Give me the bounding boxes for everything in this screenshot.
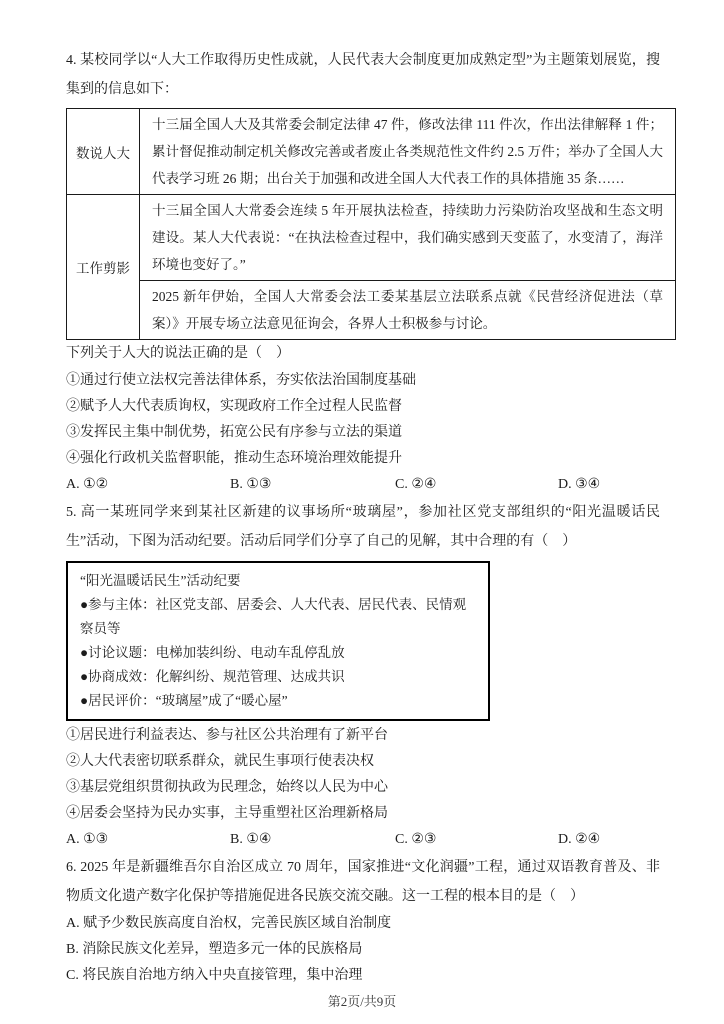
exam-paper-page: 4. 某校同学以“人大工作取得历史性成就，人民代表大会制度更加成熟定型”为主题策… <box>0 0 724 1024</box>
q6-option-b: B. 消除民族文化差异，塑造多元一体的民族格局 <box>66 937 660 963</box>
q5-option-4: ④居委会坚持为民办实事，主导重塑社区治理新格局 <box>66 801 660 827</box>
q5-choice-a: A. ①③ <box>66 827 230 853</box>
table-row: 2025 新年伊始，全国人大常委会法工委某基层立法联系点就《民营经济促进法（草案… <box>67 281 676 340</box>
q5-choice-c: C. ②③ <box>395 827 558 853</box>
question-6-stem: 6. 2025 年是新疆维吾尔自治区成立 70 周年，国家推进“文化润疆”工程，… <box>66 853 660 911</box>
q4-option-3: ③发挥民主集中制优势，拓宽公民有序参与立法的渠道 <box>66 420 660 446</box>
q4-choice-c: C. ②④ <box>395 472 558 498</box>
q5-option-2: ②人大代表密切联系群众，就民生事项行使表决权 <box>66 749 660 775</box>
q5-option-3: ③基层党组织贯彻执政为民理念，始终以人民为中心 <box>66 775 660 801</box>
minutes-title: “阳光温暖话民生”活动纪要 <box>80 569 476 593</box>
q4-choice-a: A. ①② <box>66 472 230 498</box>
minutes-item-participants: ●参与主体：社区党支部、居委会、人大代表、居民代表、民情观察员等 <box>80 593 476 641</box>
minutes-item-results: ●协商成效：化解纠纷、规范管理、达成共识 <box>80 665 476 689</box>
page-content: 4. 某校同学以“人大工作取得历史性成就，人民代表大会制度更加成熟定型”为主题策… <box>66 46 660 989</box>
table-row-label: 数说人大 <box>67 109 140 195</box>
q6-option-c: C. 将民族自治地方纳入中央直接管理，集中治理 <box>66 963 660 989</box>
question-5-stem: 5. 高一某班同学来到某社区新建的议事场所“玻璃屋”，参加社区党支部组织的“阳光… <box>66 498 660 556</box>
minutes-item-review: ●居民评价：“玻璃屋”成了“暖心屋” <box>80 689 476 713</box>
q5-activity-minutes-box: “阳光温暖话民生”活动纪要 ●参与主体：社区党支部、居委会、人大代表、居民代表、… <box>66 561 490 721</box>
table-row-label: 工作剪影 <box>67 195 140 340</box>
table-row: 数说人大 十三届全国人大及其常委会制定法律 47 件，修改法律 111 件次，作… <box>67 109 676 195</box>
question-4-prompt: 下列关于人大的说法正确的是（ ） <box>66 340 660 368</box>
q4-answer-choices: A. ①② B. ①③ C. ②④ D. ③④ <box>66 472 660 498</box>
table-row-text: 2025 新年伊始，全国人大常委会法工委某基层立法联系点就《民营经济促进法（草案… <box>140 281 676 340</box>
q5-choice-d: D. ②④ <box>558 827 660 853</box>
q4-info-table: 数说人大 十三届全国人大及其常委会制定法律 47 件，修改法律 111 件次，作… <box>66 108 676 340</box>
q5-answer-choices: A. ①③ B. ①④ C. ②③ D. ②④ <box>66 827 660 853</box>
q4-option-1: ①通过行使立法权完善法律体系，夯实依法治国制度基础 <box>66 368 660 394</box>
minutes-item-topics: ●讨论议题：电梯加装纠纷、电动车乱停乱放 <box>80 641 476 665</box>
table-row-text: 十三届全国人大常委会连续 5 年开展执法检查，持续助力污染防治攻坚战和生态文明建… <box>140 195 676 281</box>
question-4-stem: 4. 某校同学以“人大工作取得历史性成就，人民代表大会制度更加成熟定型”为主题策… <box>66 46 660 104</box>
q4-option-4: ④强化行政机关监督职能，推动生态环境治理效能提升 <box>66 446 660 472</box>
q5-choice-b: B. ①④ <box>230 827 395 853</box>
table-row: 工作剪影 十三届全国人大常委会连续 5 年开展执法检查，持续助力污染防治攻坚战和… <box>67 195 676 281</box>
q6-option-a: A. 赋予少数民族高度自治权，完善民族区域自治制度 <box>66 911 660 937</box>
q4-choice-b: B. ①③ <box>230 472 395 498</box>
page-number: 第2页/共9页 <box>0 991 724 1010</box>
q5-option-1: ①居民进行利益表达、参与社区公共治理有了新平台 <box>66 723 660 749</box>
q4-choice-d: D. ③④ <box>558 472 660 498</box>
table-row-text: 十三届全国人大及其常委会制定法律 47 件，修改法律 111 件次，作出法律解释… <box>140 109 676 195</box>
q4-option-2: ②赋予人大代表质询权，实现政府工作全过程人民监督 <box>66 394 660 420</box>
